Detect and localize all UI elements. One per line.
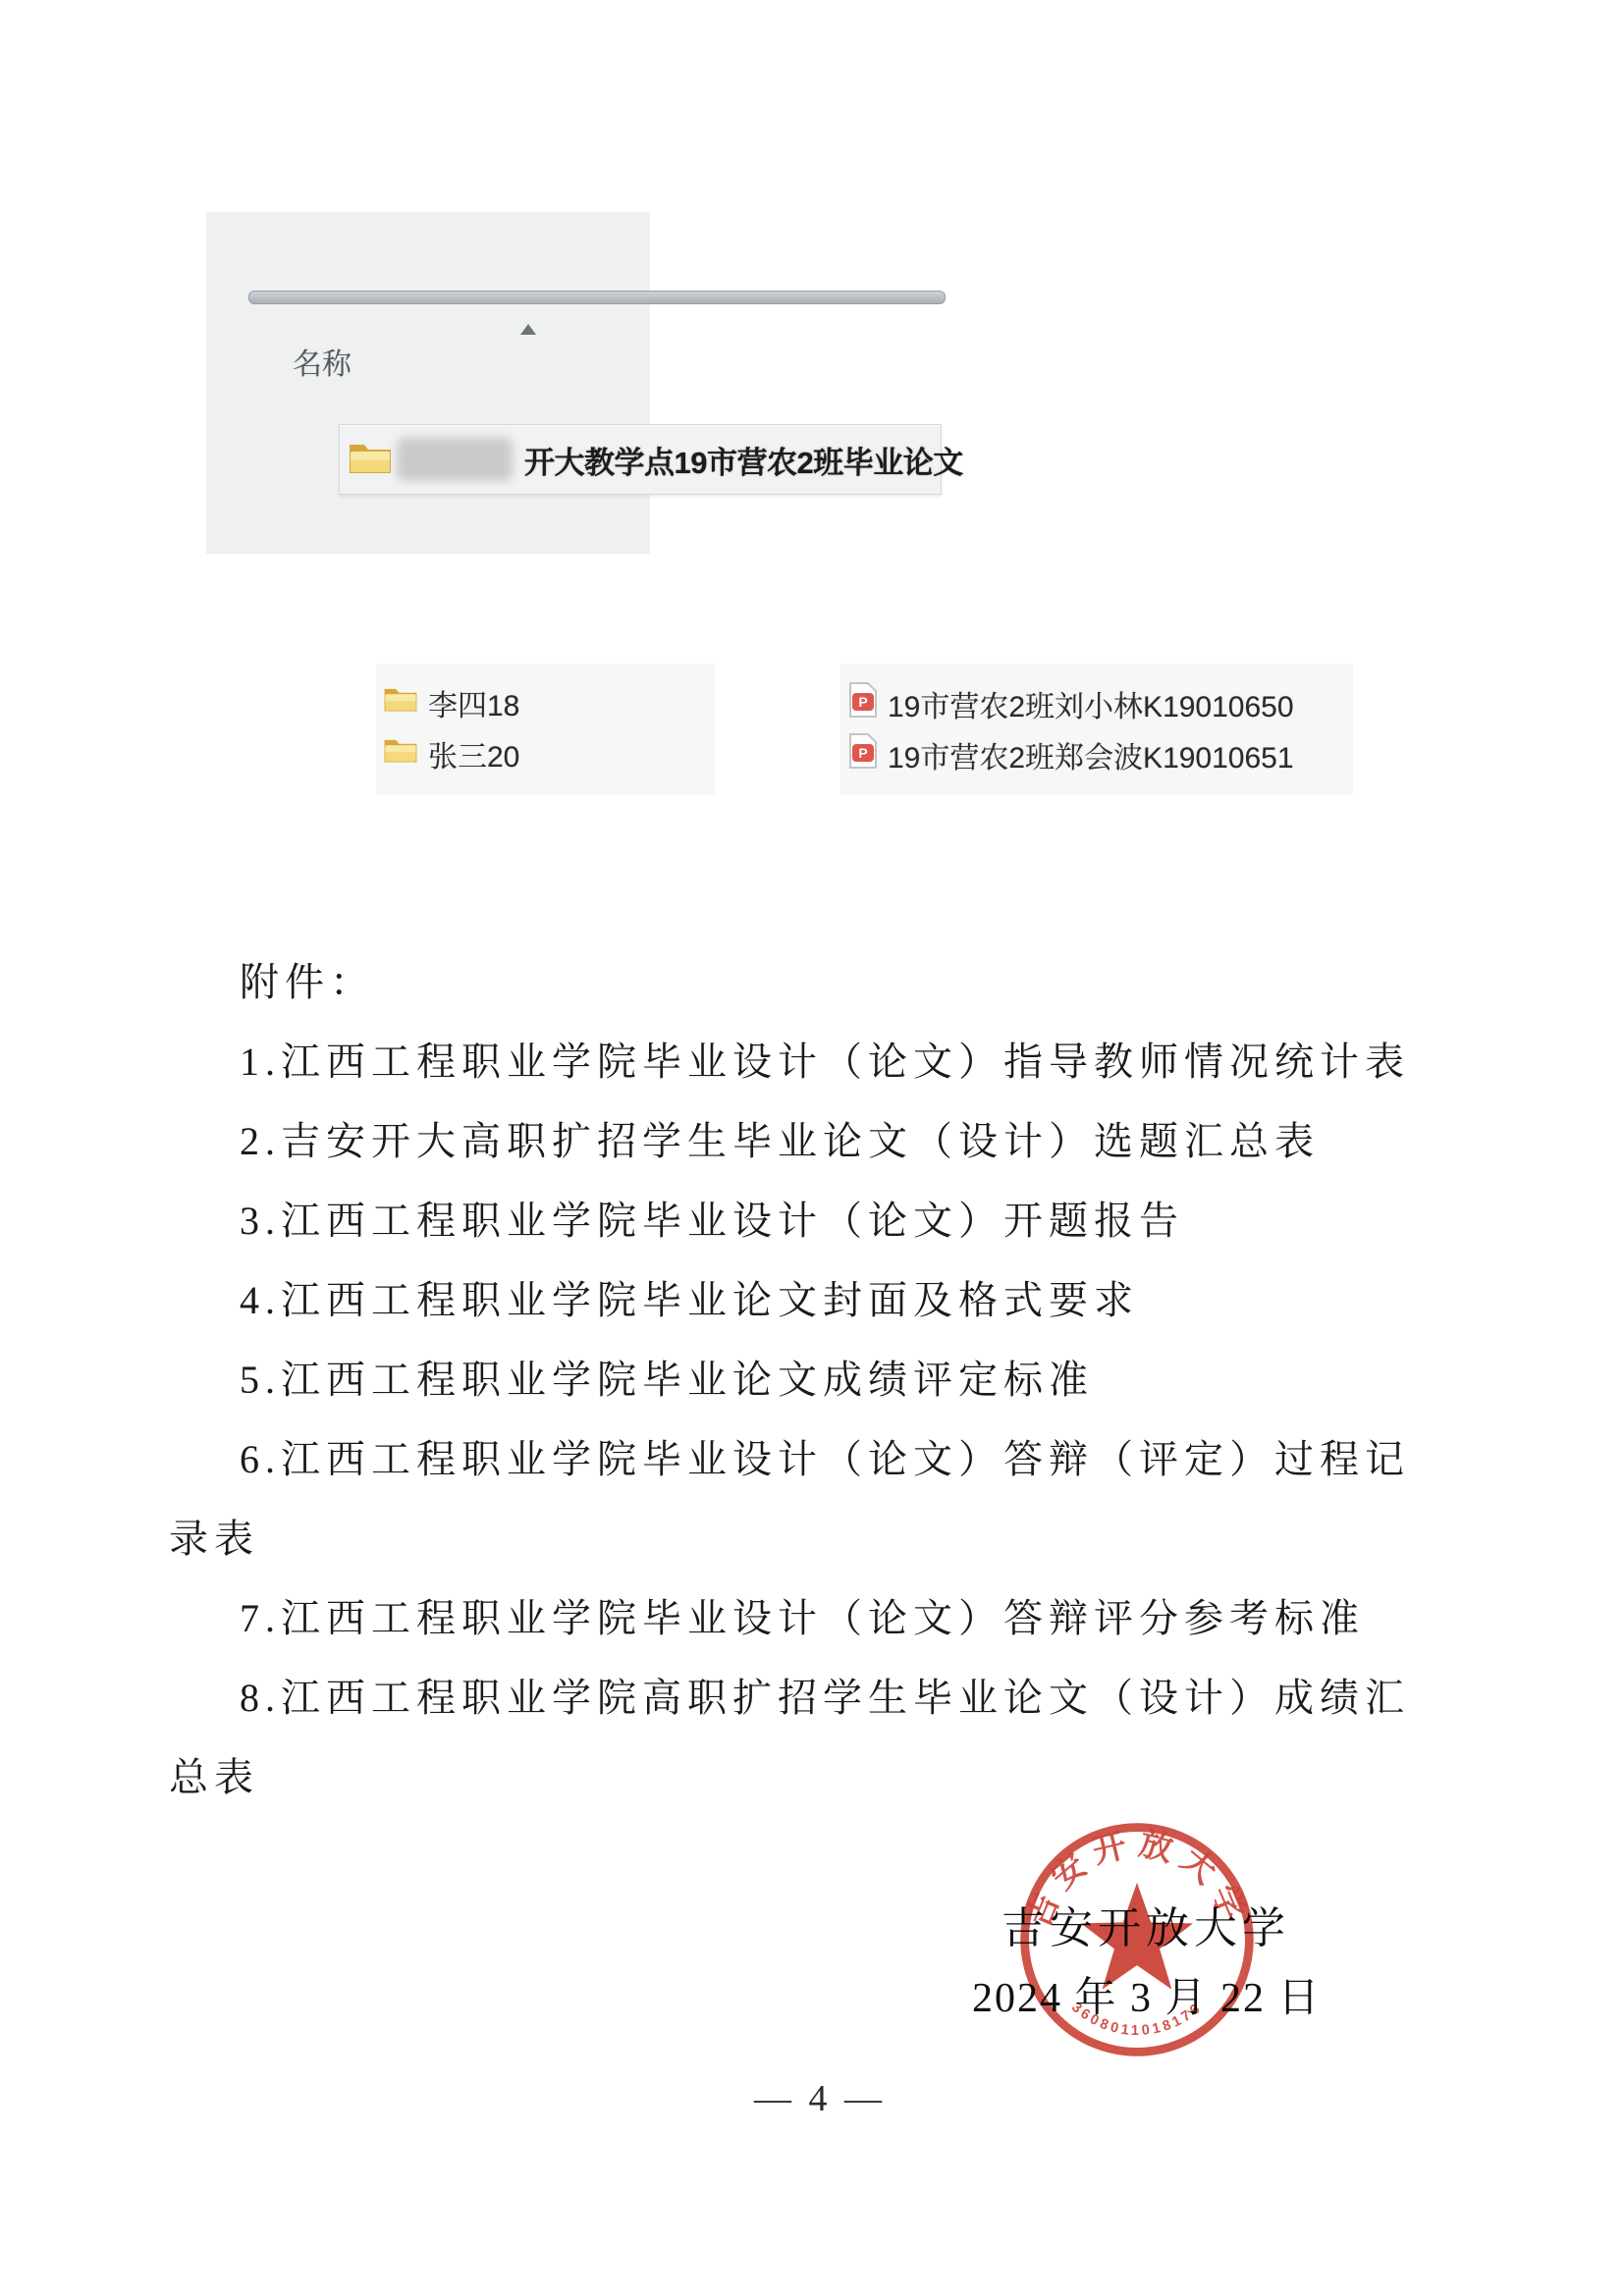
attachment-line: 1.江西工程职业学院毕业设计（论文）指导教师情况统计表	[169, 1022, 1504, 1101]
pdf-file-icon: P	[848, 681, 878, 726]
pdf-file-item: P 19市营农2班郑会波K19010651	[848, 732, 1294, 777]
sort-ascending-icon	[520, 324, 536, 335]
attachment-line-continuation: 总表	[169, 1737, 1504, 1817]
attachments-heading: 附件：	[169, 942, 1504, 1022]
subfolder-item: 张三20	[383, 732, 519, 775]
svg-text:3608011018176: 3608011018176	[1068, 2000, 1206, 2039]
subfolder-item: 李四18	[383, 681, 519, 724]
explorer-panel-background	[206, 212, 650, 554]
subfolder-label: 李四18	[428, 681, 519, 724]
attachment-line: 7.江西工程职业学院毕业设计（论文）答辩评分参考标准	[169, 1578, 1504, 1658]
attachment-list: 附件： 1.江西工程职业学院毕业设计（论文）指导教师情况统计表 2.吉安开大高职…	[169, 942, 1504, 1817]
column-header-name: 名称	[293, 340, 352, 383]
attachment-line: 4.江西工程职业学院毕业论文封面及格式要求	[169, 1260, 1504, 1340]
attachment-line: 3.江西工程职业学院毕业设计（论文）开题报告	[169, 1181, 1504, 1260]
attachment-line-continuation: 录表	[169, 1499, 1504, 1578]
svg-text:P: P	[858, 745, 867, 761]
attachment-line: 8.江西工程职业学院高职扩招学生毕业论文（设计）成绩汇	[169, 1658, 1504, 1737]
pdf-file-label: 19市营农2班刘小林K19010650	[888, 682, 1294, 725]
redaction-blur	[397, 438, 513, 481]
svg-text:P: P	[858, 694, 867, 710]
subfolder-label: 张三20	[428, 732, 519, 775]
selected-folder-row: 开大教学点19市营农2班毕业论文	[339, 424, 942, 495]
attachment-line: 2.吉安开大高职扩招学生毕业论文（设计）选题汇总表	[169, 1101, 1504, 1181]
folder-icon	[348, 439, 393, 481]
attachment-line: 6.江西工程职业学院毕业设计（论文）答辩（评定）过程记	[169, 1419, 1504, 1499]
seal-star-icon	[1081, 1883, 1193, 1990]
selected-folder-label: 开大教学点19市营农2班毕业论文	[524, 438, 963, 482]
attachment-line: 5.江西工程职业学院毕业论文成绩评定标准	[169, 1340, 1504, 1419]
pdf-file-item: P 19市营农2班刘小林K19010650	[848, 681, 1294, 726]
explorer-header-bar	[248, 291, 946, 304]
official-red-seal: 吉安开放大学 3608011018176	[1013, 1816, 1261, 2063]
page-number: — 4 —	[754, 2077, 886, 2120]
folder-icon	[383, 684, 418, 721]
seal-code: 3608011018176	[1068, 2000, 1206, 2039]
folder-icon	[383, 735, 418, 773]
pdf-file-icon: P	[848, 732, 878, 777]
pdf-file-label: 19市营农2班郑会波K19010651	[888, 733, 1294, 776]
